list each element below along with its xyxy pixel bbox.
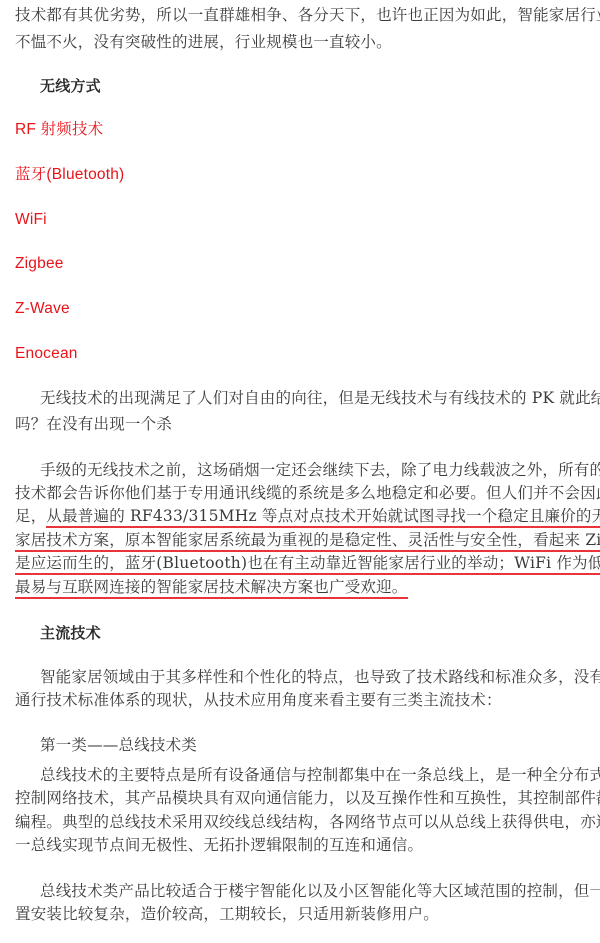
bus-para-line-1: 总线技术的主要特点是所有设备通信与控制都集中在一条总线上，是一种全分布式智能 [40, 765, 600, 785]
mainstream-para-line-2: 通行技术标准体系的现状，从技术应用角度来看主要有三类主流技术： [15, 690, 502, 710]
wireless-item-wifi: WiFi [15, 210, 47, 230]
para3-line-4: 家居技术方案，原本智能家居系统最为重视的是稳定性、灵活性与安全性，看起来 Zig… [15, 530, 600, 550]
bus-para2-line-1: 总线技术类产品比较适合于楼宇智能化以及小区智能化等大区域范围的控制，但一般设 [40, 881, 600, 901]
para3-line-6: 最易与互联网连接的智能家居技术解决方案也广受欢迎。 [15, 577, 408, 597]
para3-line-3: 足，从最普遍的 RF433/315MHz 等点对点技术开始就试图寻找一个稳定且廉… [15, 506, 600, 526]
wireless-item-zigbee: Zigbee [15, 254, 64, 274]
para3-line-1: 手级的无线技术之前，这场硝烟一定还会继续下去，除了电力线载波之外，所有的有线 [40, 460, 600, 480]
para2-line-1: 无线技术的出现满足了人们对自由的向往，但是无线技术与有线技术的 PK 就此结束了 [40, 388, 600, 408]
underlined-text-2: 家居技术方案，原本智能家居系统最为重视的是稳定性、灵活性与安全性，看起来 Zig… [15, 531, 600, 552]
wireless-item-rf: RF 射频技术 [15, 120, 103, 140]
section-heading-mainstream: 主流技术 [40, 623, 101, 643]
intro-line-2: 不愠不火，没有突破性的进展，行业规模也一直较小。 [15, 32, 392, 52]
underlined-text-4: 最易与互联网连接的智能家居技术解决方案也广受欢迎。 [15, 578, 408, 599]
wireless-item-bluetooth: 蓝牙(Bluetooth) [15, 165, 124, 185]
para3-line-5: 是应运而生的，蓝牙(Bluetooth)也在有主动靠近智能家居行业的举动；WiF… [15, 553, 600, 573]
para2-line-2: 吗？在没有出现一个杀 [15, 414, 172, 434]
bus-para2-line-2: 置安装比较复杂，造价较高，工期较长，只适用新装修用户。 [15, 904, 439, 924]
bus-para-line-3: 编程。典型的总线技术采用双绞线总线结构，各网络节点可以从总线上获得供电，亦通过同 [15, 812, 600, 832]
para3-line-3-prefix: 足， [15, 507, 46, 525]
underlined-text-1: 从最普遍的 RF433/315MHz 等点对点技术开始就试图寻找一个稳定且廉价的… [46, 507, 600, 528]
wireless-item-zwave: Z-Wave [15, 299, 70, 319]
bus-para-line-2: 控制网络技术，其产品模块具有双向通信能力，以及互操作性和互换性，其控制部件都可以 [15, 788, 600, 808]
category-1-title: 第一类——总线技术类 [40, 735, 197, 755]
mainstream-para-line-1: 智能家居领域由于其多样性和个性化的特点，也导致了技术路线和标准众多，没有统一 [40, 667, 600, 687]
para3-line-2: 技术都会告诉你他们基于专用通讯线缆的系统是多么地稳定和必要。但人们并不会因此满 [15, 483, 600, 503]
underlined-text-3: 是应运而生的，蓝牙(Bluetooth)也在有主动靠近智能家居行业的举动；WiF… [15, 554, 600, 575]
section-heading-wireless: 无线方式 [40, 76, 101, 96]
intro-line-1: 技术都有其优劣势，所以一直群雄相争、各分天下，也许也正因为如此，智能家居行业一直 [15, 5, 600, 25]
wireless-item-enocean: Enocean [15, 344, 78, 364]
bus-para-line-4: 一总线实现节点间无极性、无拓扑逻辑限制的互连和通信。 [15, 835, 423, 855]
